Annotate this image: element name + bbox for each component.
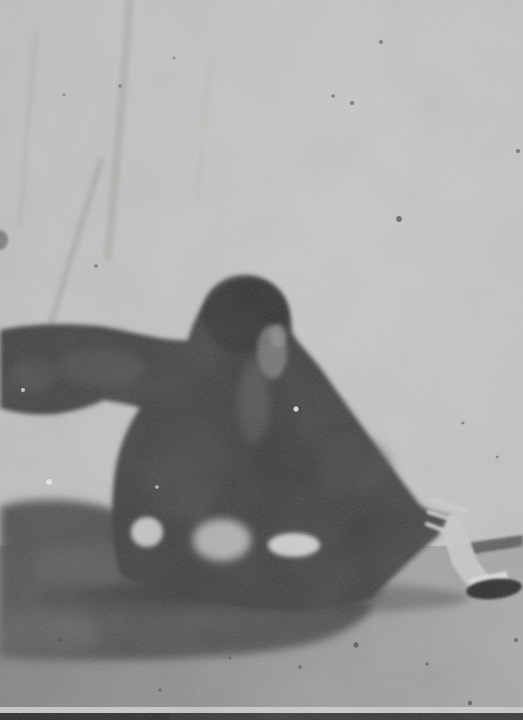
vintage-photograph — [0, 0, 523, 720]
grain-fine-overlay — [0, 0, 523, 720]
photo-canvas — [0, 0, 523, 720]
